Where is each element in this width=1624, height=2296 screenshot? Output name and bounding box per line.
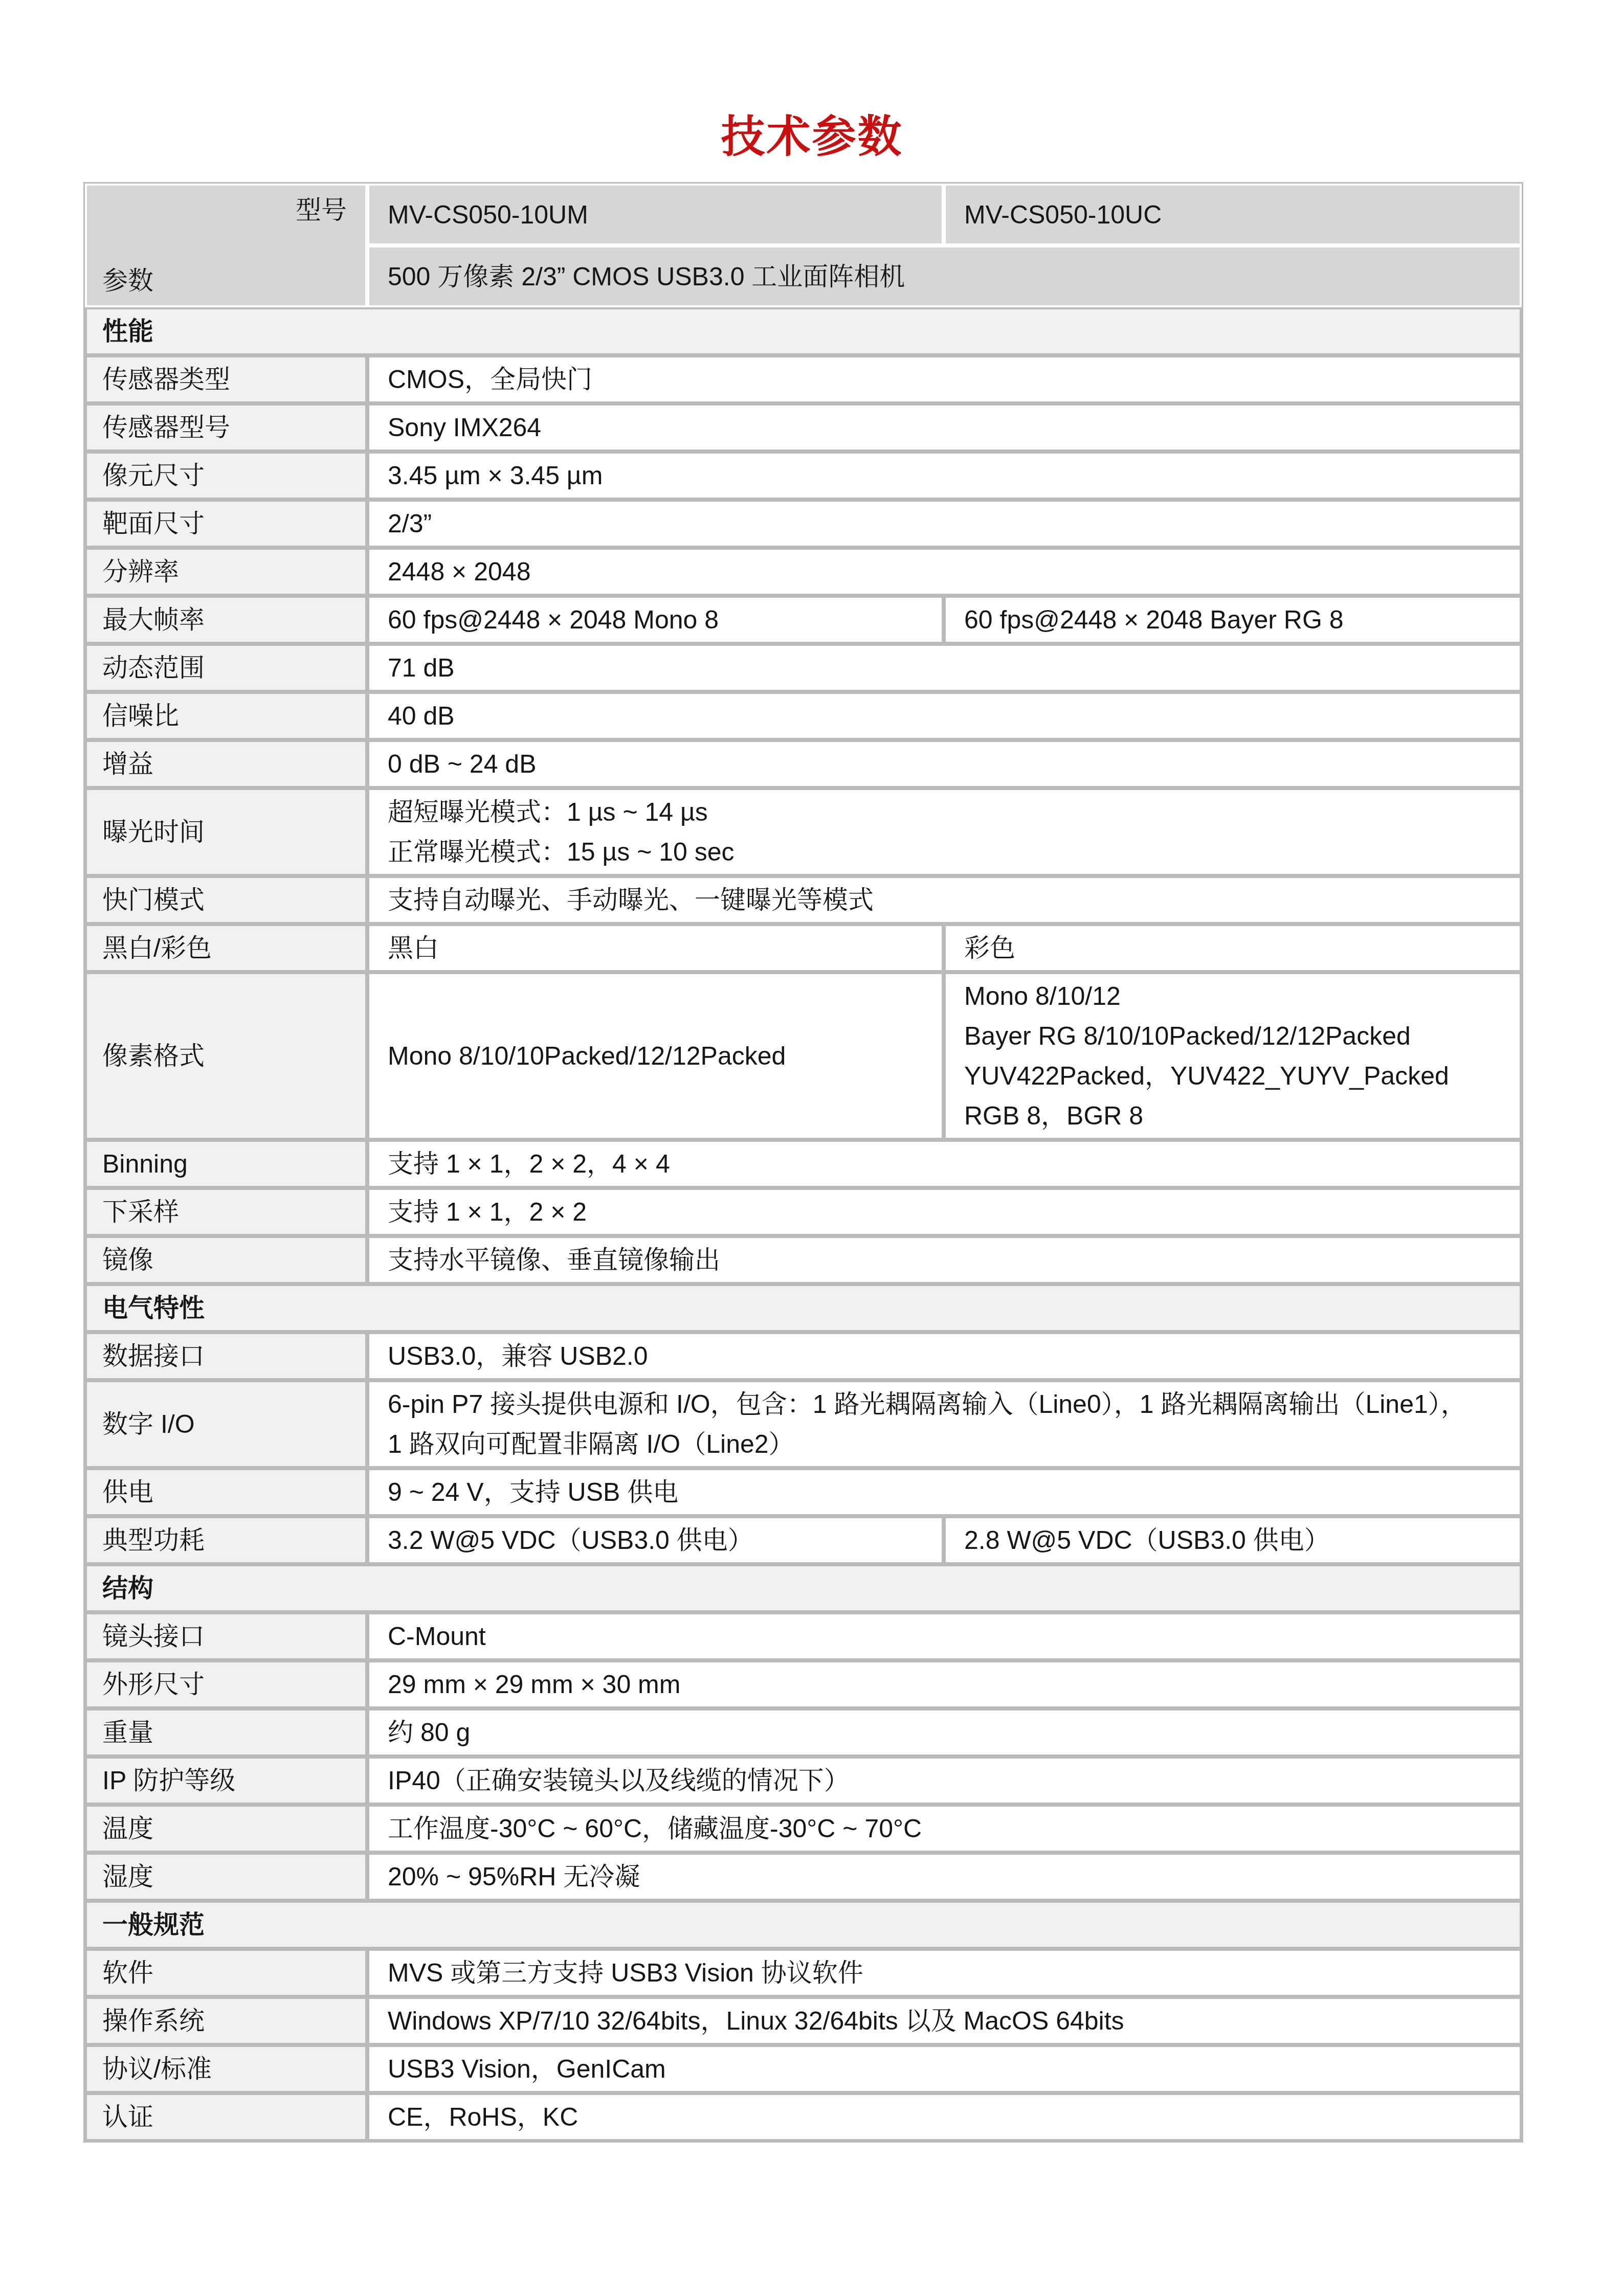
corner-label-param: 参数	[102, 264, 153, 297]
spec-row: 软件MVS 或第三方支持 USB3 Vision 协议软件	[85, 1949, 1522, 1997]
spec-label: 下采样	[85, 1188, 367, 1236]
spec-label: 重量	[85, 1708, 367, 1757]
spec-label: 增益	[85, 740, 367, 788]
spec-value: C-Mount	[367, 1612, 1522, 1660]
section-header: 一般规范	[85, 1901, 1522, 1949]
spec-row: 动态范围71 dB	[85, 644, 1522, 692]
corner-cell: 型号 参数	[85, 184, 367, 307]
spec-label: 镜头接口	[85, 1612, 367, 1660]
spec-value: 6-pin P7 接头提供电源和 I/O，包含：1 路光耦隔离输入（Line0）…	[367, 1380, 1522, 1468]
spec-row: 像素格式Mono 8/10/10Packed/12/12PackedMono 8…	[85, 972, 1522, 1140]
spec-value-mono: Mono 8/10/10Packed/12/12Packed	[367, 972, 944, 1140]
section-row: 一般规范	[85, 1901, 1522, 1949]
spec-value: 40 dB	[367, 692, 1522, 740]
spec-row: 最大帧率60 fps@2448 × 2048 Mono 860 fps@2448…	[85, 596, 1522, 644]
section-header: 结构	[85, 1564, 1522, 1612]
spec-value: Windows XP/7/10 32/64bits，Linux 32/64bit…	[367, 1997, 1522, 2045]
spec-label: 外形尺寸	[85, 1660, 367, 1708]
spec-row: 靶面尺寸2/3”	[85, 500, 1522, 548]
spec-value: 20% ~ 95%RH 无冷凝	[367, 1853, 1522, 1901]
spec-value: 支持 1 × 1，2 × 2	[367, 1188, 1522, 1236]
spec-row: Binning支持 1 × 1，2 × 2，4 × 4	[85, 1140, 1522, 1188]
spec-value: 71 dB	[367, 644, 1522, 692]
spec-label: IP 防护等级	[85, 1757, 367, 1805]
spec-label: 传感器类型	[85, 355, 367, 403]
spec-value: USB3.0，兼容 USB2.0	[367, 1332, 1522, 1380]
spec-value-mono: 60 fps@2448 × 2048 Mono 8	[367, 596, 944, 644]
spec-label: 供电	[85, 1468, 367, 1516]
spec-label: 信噪比	[85, 692, 367, 740]
spec-row: 镜像支持水平镜像、垂直镜像输出	[85, 1236, 1522, 1284]
spec-value: 2/3”	[367, 500, 1522, 548]
spec-value: 2448 × 2048	[367, 548, 1522, 596]
spec-table: 型号 参数 MV-CS050-10UM MV-CS050-10UC 500 万像…	[83, 182, 1523, 2143]
spec-label: 黑白/彩色	[85, 924, 367, 972]
spec-row: 快门模式支持自动曝光、手动曝光、一键曝光等模式	[85, 876, 1522, 924]
spec-row: 典型功耗3.2 W@5 VDC（USB3.0 供电）2.8 W@5 VDC（US…	[85, 1516, 1522, 1564]
spec-row: 曝光时间超短曝光模式：1 µs ~ 14 µs 正常曝光模式：15 µs ~ 1…	[85, 788, 1522, 876]
spec-value: 9 ~ 24 V，支持 USB 供电	[367, 1468, 1522, 1516]
spec-value-color: 彩色	[944, 924, 1522, 972]
spec-row: 操作系统Windows XP/7/10 32/64bits，Linux 32/6…	[85, 1997, 1522, 2045]
spec-value: 0 dB ~ 24 dB	[367, 740, 1522, 788]
spec-value: 约 80 g	[367, 1708, 1522, 1757]
spec-value: 支持自动曝光、手动曝光、一键曝光等模式	[367, 876, 1522, 924]
spec-value: 29 mm × 29 mm × 30 mm	[367, 1660, 1522, 1708]
spec-row: 增益0 dB ~ 24 dB	[85, 740, 1522, 788]
spec-row: 下采样支持 1 × 1，2 × 2	[85, 1188, 1522, 1236]
spec-label: 软件	[85, 1949, 367, 1997]
spec-row: 镜头接口C-Mount	[85, 1612, 1522, 1660]
spec-value: 支持水平镜像、垂直镜像输出	[367, 1236, 1522, 1284]
spec-label: 像元尺寸	[85, 452, 367, 500]
spec-row: 供电9 ~ 24 V，支持 USB 供电	[85, 1468, 1522, 1516]
spec-row: IP 防护等级IP40（正确安装镜头以及线缆的情况下）	[85, 1757, 1522, 1805]
spec-row: 重量约 80 g	[85, 1708, 1522, 1757]
spec-row: 温度工作温度-30°C ~ 60°C，储藏温度-30°C ~ 70°C	[85, 1805, 1522, 1853]
spec-label: 靶面尺寸	[85, 500, 367, 548]
spec-label: 最大帧率	[85, 596, 367, 644]
spec-row: 黑白/彩色黑白彩色	[85, 924, 1522, 972]
spec-value: 支持 1 × 1，2 × 2，4 × 4	[367, 1140, 1522, 1188]
spec-label: 像素格式	[85, 972, 367, 1140]
spec-value: USB3 Vision，GenICam	[367, 2045, 1522, 2093]
spec-row: 协议/标准USB3 Vision，GenICam	[85, 2045, 1522, 2093]
spec-label: 动态范围	[85, 644, 367, 692]
spec-row: 信噪比40 dB	[85, 692, 1522, 740]
spec-label: 曝光时间	[85, 788, 367, 876]
spec-label: 认证	[85, 2093, 367, 2141]
spec-label: 镜像	[85, 1236, 367, 1284]
model-name-cell: MV-CS050-10UC	[944, 184, 1522, 245]
spec-label: 数据接口	[85, 1332, 367, 1380]
spec-row: 像元尺寸3.45 µm × 3.45 µm	[85, 452, 1522, 500]
spec-label: 分辨率	[85, 548, 367, 596]
spec-row: 湿度20% ~ 95%RH 无冷凝	[85, 1853, 1522, 1901]
spec-value: 3.45 µm × 3.45 µm	[367, 452, 1522, 500]
spec-label: 温度	[85, 1805, 367, 1853]
corner-label-model: 型号	[296, 194, 347, 227]
section-header: 性能	[85, 307, 1522, 355]
spec-value-color: 60 fps@2448 × 2048 Bayer RG 8	[944, 596, 1522, 644]
header-row-models: 型号 参数 MV-CS050-10UM MV-CS050-10UC	[85, 184, 1522, 245]
section-row: 结构	[85, 1564, 1522, 1612]
model-name-cell: MV-CS050-10UM	[367, 184, 944, 245]
spec-row: 认证CE，RoHS，KC	[85, 2093, 1522, 2141]
spec-label: 数字 I/O	[85, 1380, 367, 1468]
spec-label: 协议/标准	[85, 2045, 367, 2093]
spec-label: 快门模式	[85, 876, 367, 924]
spec-row: 数字 I/O6-pin P7 接头提供电源和 I/O，包含：1 路光耦隔离输入（…	[85, 1380, 1522, 1468]
spec-label: Binning	[85, 1140, 367, 1188]
spec-label: 操作系统	[85, 1997, 367, 2045]
spec-value: IP40（正确安装镜头以及线缆的情况下）	[367, 1757, 1522, 1805]
spec-value-mono: 3.2 W@5 VDC（USB3.0 供电）	[367, 1516, 944, 1564]
spec-value: Sony IMX264	[367, 403, 1522, 452]
section-row: 性能	[85, 307, 1522, 355]
spec-label: 典型功耗	[85, 1516, 367, 1564]
section-header: 电气特性	[85, 1284, 1522, 1332]
spec-label: 湿度	[85, 1853, 367, 1901]
spec-value: CMOS，全局快门	[367, 355, 1522, 403]
page-title: 技术参数	[0, 101, 1624, 165]
spec-value: CE，RoHS，KC	[367, 2093, 1522, 2141]
spec-row: 外形尺寸29 mm × 29 mm × 30 mm	[85, 1660, 1522, 1708]
camera-description-cell: 500 万像素 2/3” CMOS USB3.0 工业面阵相机	[367, 245, 1522, 307]
spec-row: 数据接口USB3.0，兼容 USB2.0	[85, 1332, 1522, 1380]
spec-value: MVS 或第三方支持 USB3 Vision 协议软件	[367, 1949, 1522, 1997]
section-row: 电气特性	[85, 1284, 1522, 1332]
spec-label: 传感器型号	[85, 403, 367, 452]
spec-value-color: 2.8 W@5 VDC（USB3.0 供电）	[944, 1516, 1522, 1564]
spec-row: 传感器型号Sony IMX264	[85, 403, 1522, 452]
spec-row: 分辨率2448 × 2048	[85, 548, 1522, 596]
spec-value-color: Mono 8/10/12 Bayer RG 8/10/10Packed/12/1…	[944, 972, 1522, 1140]
spec-value: 工作温度-30°C ~ 60°C，储藏温度-30°C ~ 70°C	[367, 1805, 1522, 1853]
spec-value: 超短曝光模式：1 µs ~ 14 µs 正常曝光模式：15 µs ~ 10 se…	[367, 788, 1522, 876]
spec-value-mono: 黑白	[367, 924, 944, 972]
spec-row: 传感器类型CMOS，全局快门	[85, 355, 1522, 403]
page: 技术参数 型号 参数 MV-CS050-10UM MV-CS050-10UC 5…	[0, 0, 1624, 2296]
